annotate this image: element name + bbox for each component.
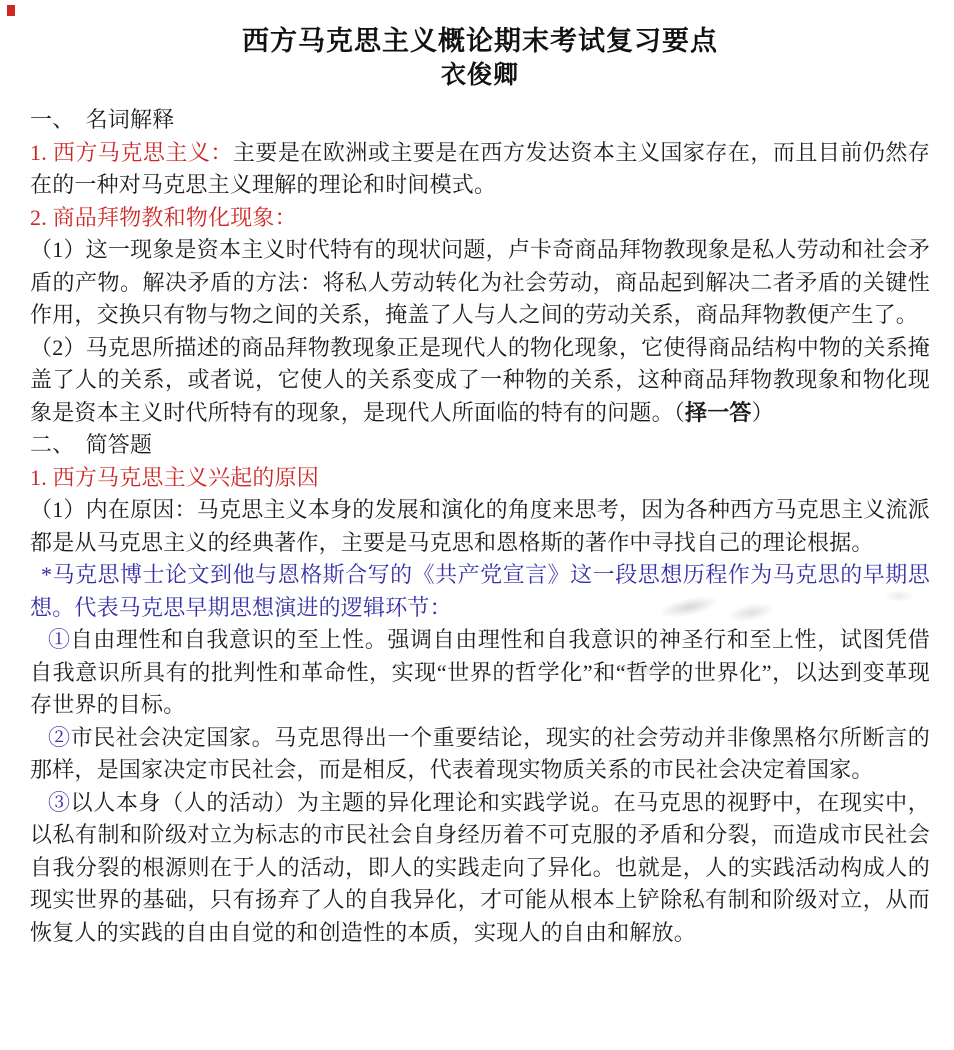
logic-step-1: ①自由理性和自我意识的至上性。强调自由理性和自我意识的神圣行和至上性，试图凭借自…	[30, 624, 930, 722]
text-run: （1）内在原因：马克思主义本身的发展和演化的角度来思考，因为各种西方马克思主义流…	[30, 497, 930, 555]
document-body: 一、 名词解释1. 西方马克思主义：主要是在欧洲或主要是在西方发达资本主义国家存…	[30, 104, 930, 949]
term-2-point-2: （2）马克思所描述的商品拜物教现象正是现代人的物化现象，它使得商品结构中物的关系…	[30, 332, 930, 430]
section-2-heading: 二、 简答题	[30, 429, 930, 462]
text-run: 2. 商品拜物教和物化现象：	[30, 205, 297, 230]
text-run: 1. 西方马克思主义：	[30, 140, 233, 165]
text-run: 自由理性和自我意识的至上性。强调自由理性和自我意识的神圣行和至上性，试图凭借自我…	[30, 627, 930, 717]
logic-step-2: ②市民社会决定国家。马克思得出一个重要结论，现实的社会劳动并非像黑格尔所断言的那…	[30, 722, 930, 787]
text-run: ③	[48, 790, 71, 815]
text-run: 一、 名词解释	[30, 107, 174, 132]
term-1-western-marxism: 1. 西方马克思主义：主要是在欧洲或主要是在西方发达资本主义国家存在，而且目前仍…	[30, 137, 930, 202]
text-run: 择一答	[685, 400, 752, 425]
document-author: 衣俊卿	[30, 58, 930, 92]
note-marx-early-thought: *马克思博士论文到他与恩格斯合写的《共产党宣言》这一段思想历程作为马克思的早期思…	[30, 559, 930, 624]
document-page: 西方马克思主义概论期末考试复习要点 衣俊卿 一、 名词解释1. 西方马克思主义：…	[0, 0, 954, 1050]
text-run: *马克思博士论文到他与恩格斯合写的《共产党宣言》这一段思想历程作为马克思的早期思…	[30, 562, 930, 620]
text-run: （1）这一现象是资本主义时代特有的现状问题，卢卡奇商品拜物教现象是私人劳动和社会…	[30, 237, 930, 327]
section-1-heading: 一、 名词解释	[30, 104, 930, 137]
question-1-point-1: （1）内在原因：马克思主义本身的发展和演化的角度来思考，因为各种西方马克思主义流…	[30, 494, 930, 559]
text-run: ①	[48, 627, 71, 652]
document-title: 西方马克思主义概论期末考试复习要点	[30, 24, 930, 58]
term-2-point-1: （1）这一现象是资本主义时代特有的现状问题，卢卡奇商品拜物教现象是私人劳动和社会…	[30, 234, 930, 332]
text-run: ②	[48, 725, 71, 750]
text-run: ）	[752, 400, 774, 425]
question-1-heading: 1. 西方马克思主义兴起的原因	[30, 462, 930, 495]
term-2-heading: 2. 商品拜物教和物化现象：	[30, 202, 930, 235]
logic-step-3: ③以人本身（人的活动）为主题的异化理论和实践学说。在马克思的视野中，在现实中，以…	[30, 787, 930, 950]
text-run: 二、 简答题	[30, 432, 152, 457]
text-run: 1. 西方马克思主义兴起的原因	[30, 465, 319, 490]
text-run: 市民社会决定国家。马克思得出一个重要结论，现实的社会劳动并非像黑格尔所断言的那样…	[30, 725, 930, 783]
text-run: （2）马克思所描述的商品拜物教现象正是现代人的物化现象，它使得商品结构中物的关系…	[30, 335, 930, 425]
document-content: 西方马克思主义概论期末考试复习要点 衣俊卿 一、 名词解释1. 西方马克思主义：…	[0, 0, 954, 949]
red-corner-mark	[7, 5, 15, 16]
text-run: 以人本身（人的活动）为主题的异化理论和实践学说。在马克思的视野中，在现实中，以私…	[30, 790, 930, 945]
